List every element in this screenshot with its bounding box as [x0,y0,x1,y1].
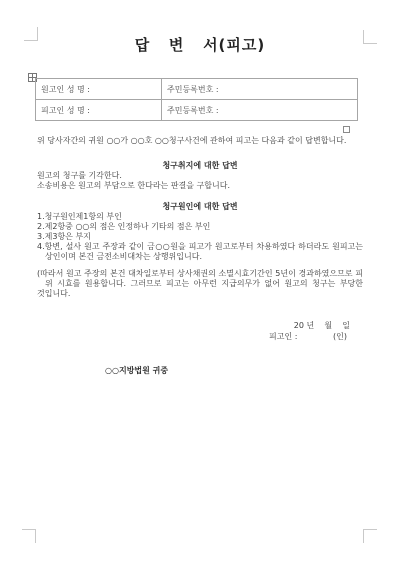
cause-answer-item: 2.제2항중 ○○의 점은 인정하나 기타의 점은 부인 [37,222,210,232]
claim-answer-line: 원고의 청구를 기각한다. [37,171,122,181]
page-title: 답 변 서(피고) [0,34,400,55]
plaintiff-id-cell: 주민등록번호 : [162,79,358,100]
defendant-id-cell: 주민등록번호 : [162,100,358,121]
cause-answer-item-continuation: 상인이며 본건 금전소비대차는 상행위입니다. [45,252,202,262]
closing-paragraph-line: (따라서 원고 주장의 본건 대차일로부터 상사채권의 소멸시효기간인 5년이 … [37,269,363,279]
margin-corner-bottom-left-icon [22,529,36,543]
claim-answer-line: 소송비용은 원고의 부담으로 한다라는 판결을 구합니다. [37,181,230,191]
table-anchor-icon [28,67,37,76]
closing-paragraph-line: 것입니다. [37,289,70,299]
cause-answer-item: 4.항변, 설사 원고 주장과 같이 금○○원을 피고가 원고로부터 차용하였다… [37,242,363,252]
intro-paragraph: 위 당사자간의 귀원 ○○가 ○○호 ○○청구사건에 관하여 피고는 다음과 같… [37,136,346,146]
cursor-square-icon [343,126,350,133]
closing-paragraph-line: 위 시효를 원용합니다. 그러므로 피고는 아무런 지급의무가 없어 원고의 청… [45,279,363,289]
defendant-name-cell: 피고인 성 명 : [36,100,162,121]
table-row: 원고인 성 명 : 주민등록번호 : [36,79,358,100]
cause-answer-item: 3.제3항은 부지 [37,232,91,242]
date-line: 20 년 월 일 [294,321,350,331]
parties-table: 원고인 성 명 : 주민등록번호 : 피고인 성 명 : 주민등록번호 : [35,78,358,121]
table-row: 피고인 성 명 : 주민등록번호 : [36,100,358,121]
plaintiff-name-cell: 원고인 성 명 : [36,79,162,100]
document-page: 답 변 서(피고) 원고인 성 명 : 주민등록번호 : 피고인 성 명 : 주… [0,0,400,562]
cause-answer-heading: 청구원인에 대한 답변 [0,202,400,212]
claim-answer-heading: 청구취지에 대한 답변 [0,161,400,171]
cause-answer-item: 1.청구원인제1항의 부인 [37,212,122,222]
court-address-line: ○○지방법원 귀중 [105,366,168,376]
margin-corner-bottom-right-icon [363,529,377,543]
defendant-signature-line: 피고인 : (인) [269,332,347,342]
